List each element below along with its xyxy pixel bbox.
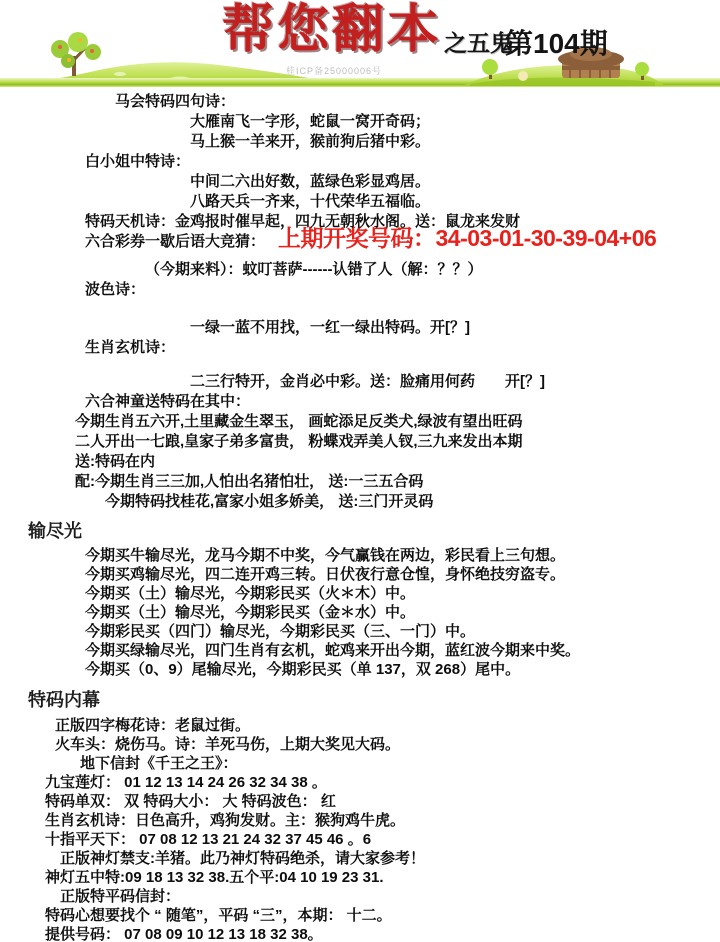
text-line: 今期买（0、9）尾输尽光，今期彩民买（单 137，双 268）尾中。 xyxy=(0,660,720,679)
text-line: 马会特码四句诗： xyxy=(0,92,720,112)
text-line: 一绿一蓝不用找，一红一绿出特码。开[？] xyxy=(0,318,720,338)
text-line: 生肖玄机诗：日色高升，鸡狗发财。主：猴狗鸡牛虎。 xyxy=(0,811,720,830)
text-line: 生肖玄机诗： xyxy=(0,338,720,358)
text-line: 正版神灯禁支:羊猪。此乃神灯特码绝杀，请大家参考！ xyxy=(0,849,720,868)
text-line: 今期彩民买（四门）输尽光，今期彩民买（三、一门）中。 xyxy=(0,622,720,641)
header-banner: 帮您翻本 之五鬼 第104期 桂ICP备25000006号 xyxy=(0,0,720,90)
tree-icon xyxy=(51,32,101,76)
page-title-text: 帮您翻本 xyxy=(222,0,442,60)
text-line: 二人开出一七踉,皇家子弟多富贵， 粉蝶戏弄美人钗,三九来发出本期 xyxy=(0,432,720,452)
section-title-shujinguang: 输尽光 xyxy=(0,518,720,544)
text-line: 配:今期生肖三三加,人怕出名猪怕壮， 送:一三五合码 xyxy=(0,472,720,492)
text-line: 中间二六出好数，蓝绿色彩显鸡居。 xyxy=(0,172,720,192)
text-line: 十指平天下： 07 08 12 13 21 24 32 37 45 46 。6 xyxy=(0,830,720,849)
text-line: 大雁南飞一字形，蛇鼠一窝开奇码； xyxy=(0,112,720,132)
issue-number: 第104期 xyxy=(505,22,608,62)
text-line: 今期买鸡输尽光，四二连开鸡三转。日伏夜行意仓惶，身怀绝技穷盗专。 xyxy=(0,565,720,584)
text-line: 特码单双： 双 特码大小： 大 特码波色： 红 xyxy=(0,792,720,811)
text-line: 八路天兵一齐来，十代荣华五福临。 xyxy=(0,192,720,212)
text-line: 今期买（土）输尽光，今期彩民买（火＊木）中。 xyxy=(0,584,720,603)
icp-watermark: 桂ICP备25000006号 xyxy=(286,64,382,77)
page-title: 帮您翻本 之五鬼 xyxy=(222,0,513,60)
section-title-neimu: 特码内幕 xyxy=(0,687,720,713)
text-line: 马上猴一羊来开，猴前狗后猪中彩。 xyxy=(0,132,720,152)
text-line: （今期来料）：蚊叮菩萨------认错了人（解：？？） xyxy=(0,260,720,280)
text-line: 今期买牛输尽光，龙马今期不中奖，今气赢钱在两边，彩民看上三句想。 xyxy=(0,546,720,565)
text-line: 火车头：烧伤马。诗：羊死马伤，上期大奖见大码。 xyxy=(0,735,720,754)
text-line: 波色诗： xyxy=(0,280,720,300)
document-body: 马会特码四句诗： 大雁南飞一字形，蛇鼠一窝开奇码； 马上猴一羊来开，猴前狗后猪中… xyxy=(0,90,720,942)
text-line: 送:特码在内 xyxy=(0,452,720,472)
text-line: 九宝莲灯： 01 12 13 14 24 26 32 34 38 。 xyxy=(0,773,720,792)
text-line: 六合神童送特码在其中： xyxy=(0,392,720,412)
text-line: 神灯五中特:09 18 13 32 38.五个平:04 10 19 23 31. xyxy=(0,868,720,887)
text-line: 提供号码： 07 08 09 10 12 13 18 32 38。 xyxy=(0,925,720,942)
text-line: 正版四字梅花诗：老鼠过街。 xyxy=(0,716,720,735)
text-line: 今期买（土）输尽光，今期彩民买（金＊水）中。 xyxy=(0,603,720,622)
text-line: 今期买绿输尽光，四门生肖有玄机，蛇鸡来开出今期，蓝红波今期来中奖。 xyxy=(0,641,720,660)
text-line: 今期生肖五六开,土里藏金生翠玉， 画蛇添足反类犬,绿波有望出旺码 xyxy=(0,412,720,432)
text-line: 正版特平码信封： xyxy=(0,887,720,906)
text-line: 六合彩券一歇后语大竞猜： xyxy=(0,232,720,252)
text-line: 白小姐中特诗： xyxy=(0,152,720,172)
page-title-suffix: 之五鬼 xyxy=(444,25,513,58)
text-line: 地下信封《千王之王》： xyxy=(0,754,720,773)
text-line: 特码心想要找个 “ 随笔”，平码 “三”，本期： 十二。 xyxy=(0,906,720,925)
tip-sheet-page: 帮您翻本 之五鬼 第104期 桂ICP备25000006号 上期开奖号码：34-… xyxy=(0,0,720,942)
text-line: 特码天机诗：金鸡报时催早起，四九无朝秋水阁。送：鼠龙来发财 xyxy=(0,212,720,232)
text-line: 今期特码找桂花,富家小姐多娇美， 送:三门开灵码 xyxy=(0,492,720,512)
text-line: 二三行特开，金肖必中彩。送：脸痛用何药 开[？] xyxy=(0,372,720,392)
